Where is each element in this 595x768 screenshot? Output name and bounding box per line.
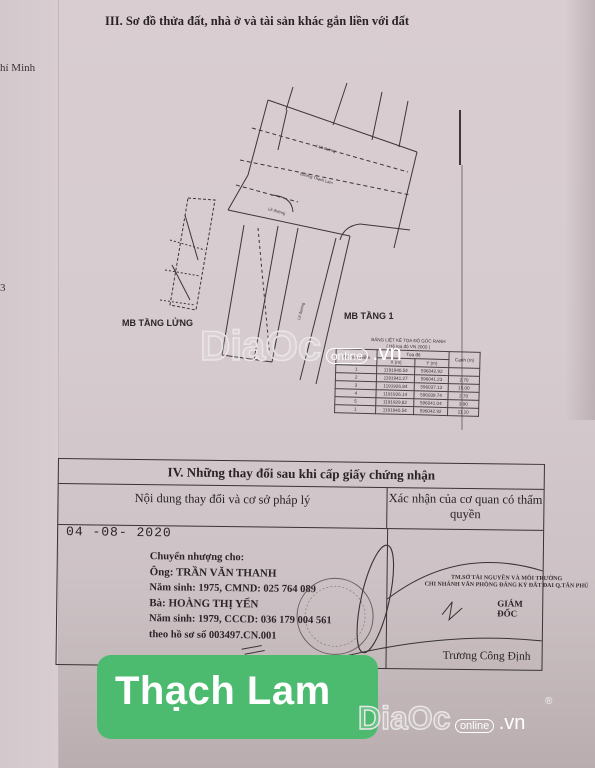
svg-text:4 Lề đường: 4 Lề đường [315, 143, 336, 154]
col-header-edge: Cạnh (m) [449, 352, 480, 369]
stamp-title: GIÁM ĐỐC [497, 598, 542, 619]
official-seal-and-signature [56, 525, 543, 671]
svg-text:Lề đường: Lề đường [268, 206, 286, 216]
mezzanine-floor-label: MB TẦNG LỬNG [122, 318, 193, 328]
svg-text:Đường Thạch Lam: Đường Thạch Lam [300, 171, 334, 185]
signer-name: Trương Công Định [443, 650, 531, 663]
location-badge: Thạch Lam [97, 655, 378, 739]
location-badge-text: Thạch Lam [115, 669, 331, 714]
watermark-logo-bottom: DiaOc online .vn ® [358, 700, 525, 737]
floor1-label: MB TẦNG 1 [344, 311, 394, 321]
confirmation-column-header: Xác nhận của cơ quan có thẩm quyền [387, 488, 543, 530]
content-column-header: Nội dung thay đổi và cơ sở pháp lý [58, 484, 387, 528]
watermark-logo: DiaOc online .vn [200, 322, 402, 370]
changes-section: IV. Những thay đổi sau khi cấp giấy chứn… [55, 458, 544, 671]
svg-text:Lề đường: Lề đường [296, 302, 305, 320]
stamp-organization: TM.SỞ TÀI NGUYÊN VÀ MÔI TRƯỜNG CHI NHÁNH… [421, 574, 591, 590]
